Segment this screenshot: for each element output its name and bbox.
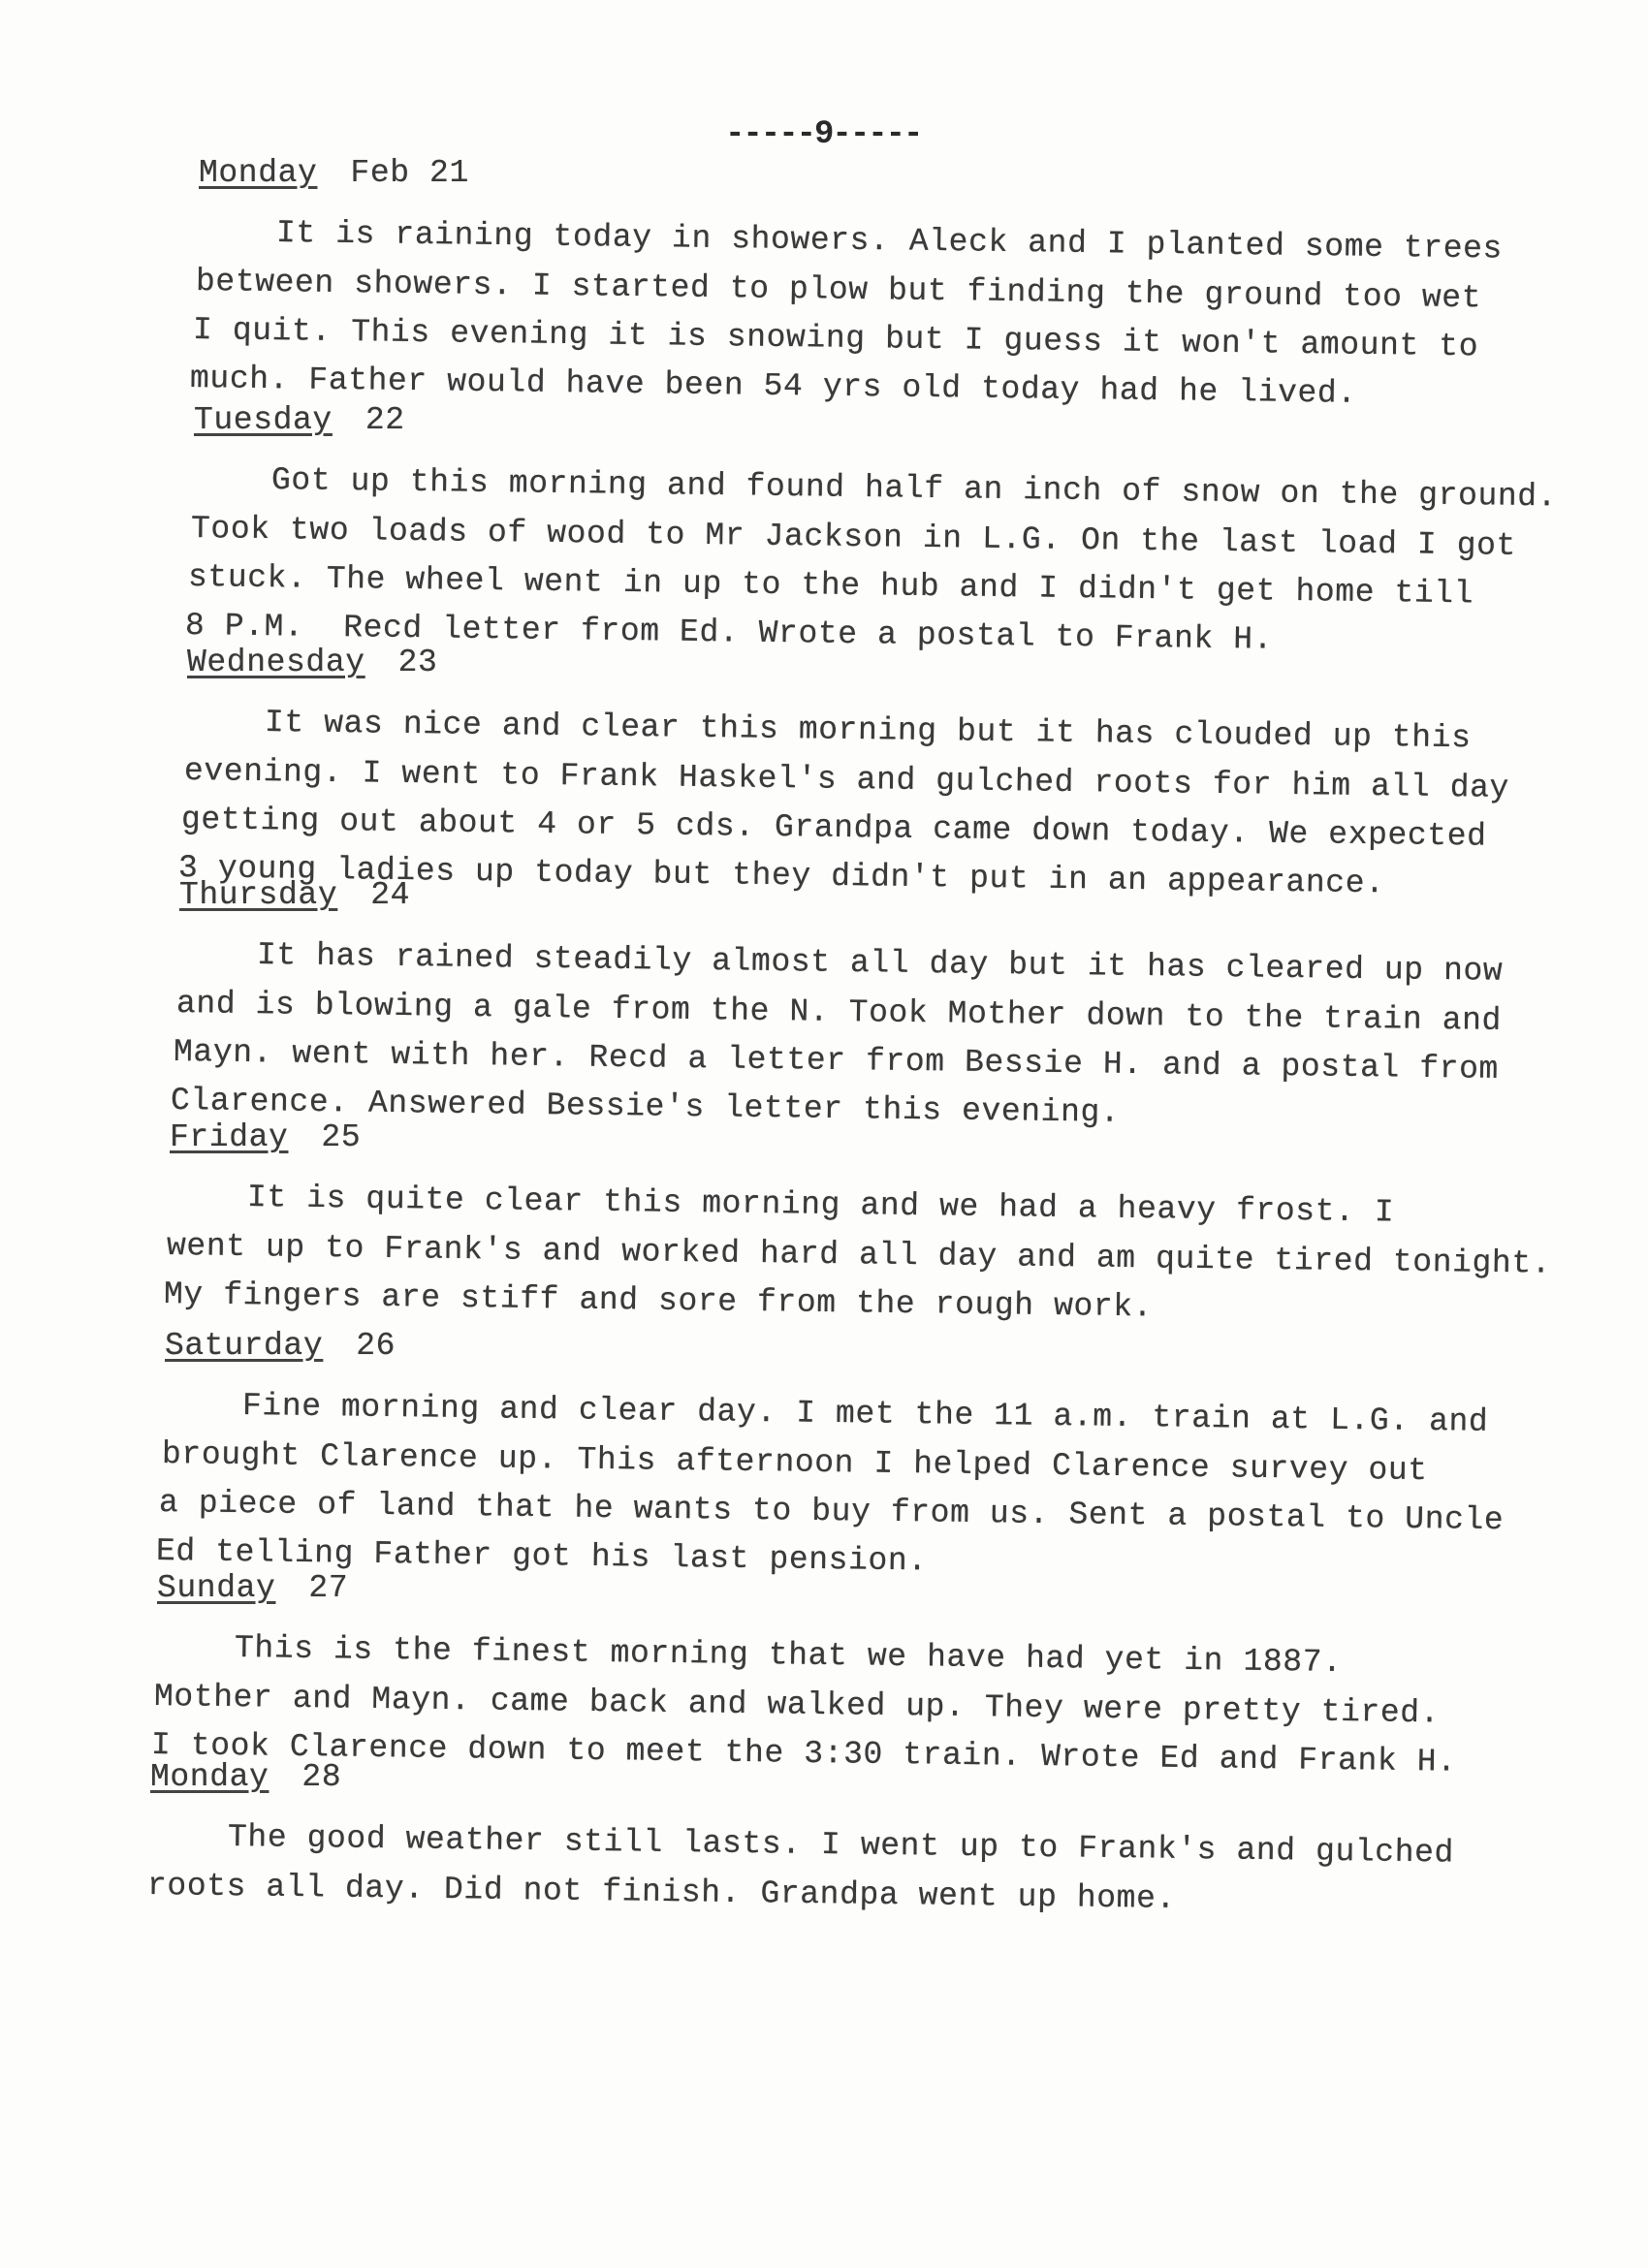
entry-text-line: Got up this morning and found half an in… bbox=[271, 462, 1558, 515]
day-date: 26 bbox=[356, 1328, 396, 1364]
entry-text-line: roots all day. Did not finish. Grandpa w… bbox=[147, 1868, 1176, 1917]
entry-text-line: Mayn. went with her. Recd a letter from … bbox=[174, 1034, 1499, 1087]
day-heading: Wednesday23 bbox=[187, 645, 437, 680]
page-number: -----9----- bbox=[725, 116, 921, 153]
day-name: Sunday bbox=[157, 1570, 275, 1606]
day-name: Monday bbox=[150, 1759, 269, 1795]
entry-text-line: evening. I went to Frank Haskel's and gu… bbox=[184, 753, 1509, 806]
day-heading: Friday25 bbox=[170, 1119, 361, 1155]
entry-text-line: I quit. This evening it is snowing but I… bbox=[193, 312, 1479, 364]
day-heading: Thursday24 bbox=[179, 877, 410, 913]
entry-text-line: stuck. The wheel went in up to the hub a… bbox=[188, 559, 1474, 612]
entry-text-line: between showers. I started to plow but f… bbox=[196, 264, 1482, 316]
day-date: 24 bbox=[370, 877, 410, 913]
entry-text-line: I took Clarence down to meet the 3:30 tr… bbox=[151, 1727, 1457, 1780]
day-heading: Monday28 bbox=[150, 1759, 341, 1795]
entry-text-line: It is raining today in showers. Aleck an… bbox=[276, 215, 1503, 268]
day-heading: MondayFeb 21 bbox=[199, 155, 469, 191]
typed-diary-page: -----9----- MondayFeb 21It is raining to… bbox=[0, 0, 1648, 2268]
entry-text-line: Fine morning and clear day. I met the 11… bbox=[242, 1388, 1489, 1440]
day-name: Monday bbox=[199, 155, 317, 191]
entry-text-line: It is quite clear this morning and we ha… bbox=[247, 1180, 1395, 1230]
entry-text-line: It was nice and clear this morning but i… bbox=[265, 705, 1472, 756]
entry-text-line: getting out about 4 or 5 cds. Grandpa ca… bbox=[181, 802, 1487, 855]
day-date: Feb 21 bbox=[350, 155, 468, 191]
day-heading: Tuesday22 bbox=[194, 402, 405, 438]
day-name: Saturday bbox=[165, 1328, 323, 1364]
day-heading: Saturday26 bbox=[165, 1328, 396, 1364]
entry-text-line: My fingers are stiff and sore from the r… bbox=[164, 1276, 1154, 1325]
day-heading: Sunday27 bbox=[157, 1570, 348, 1606]
day-date: 22 bbox=[365, 402, 405, 438]
day-date: 25 bbox=[321, 1119, 361, 1155]
entry-text-line: went up to Frank's and worked hard all d… bbox=[167, 1228, 1552, 1282]
entry-text-line: brought Clarence up. This afternoon I he… bbox=[162, 1436, 1428, 1489]
entry-text-line: It has rained steadily almost all day bu… bbox=[257, 937, 1504, 990]
entry-text-line: Took two loads of wood to Mr Jackson in … bbox=[191, 511, 1516, 564]
day-date: 27 bbox=[308, 1570, 348, 1606]
entry-text-line: a piece of land that he wants to buy fro… bbox=[159, 1485, 1505, 1538]
entry-text-line: The good weather still lasts. I went up … bbox=[228, 1819, 1454, 1872]
entry-text-line: Mother and Mayn. came back and walked up… bbox=[154, 1679, 1441, 1731]
day-name: Friday bbox=[170, 1119, 288, 1155]
day-date: 23 bbox=[398, 645, 438, 680]
entry-text-line: This is the finest morning that we have … bbox=[235, 1630, 1343, 1681]
day-name: Thursday bbox=[179, 877, 337, 913]
entry-text-line: and is blowing a gale from the N. Took M… bbox=[176, 986, 1502, 1039]
day-name: Wednesday bbox=[187, 645, 365, 680]
day-name: Tuesday bbox=[194, 402, 333, 438]
day-date: 28 bbox=[301, 1759, 341, 1795]
